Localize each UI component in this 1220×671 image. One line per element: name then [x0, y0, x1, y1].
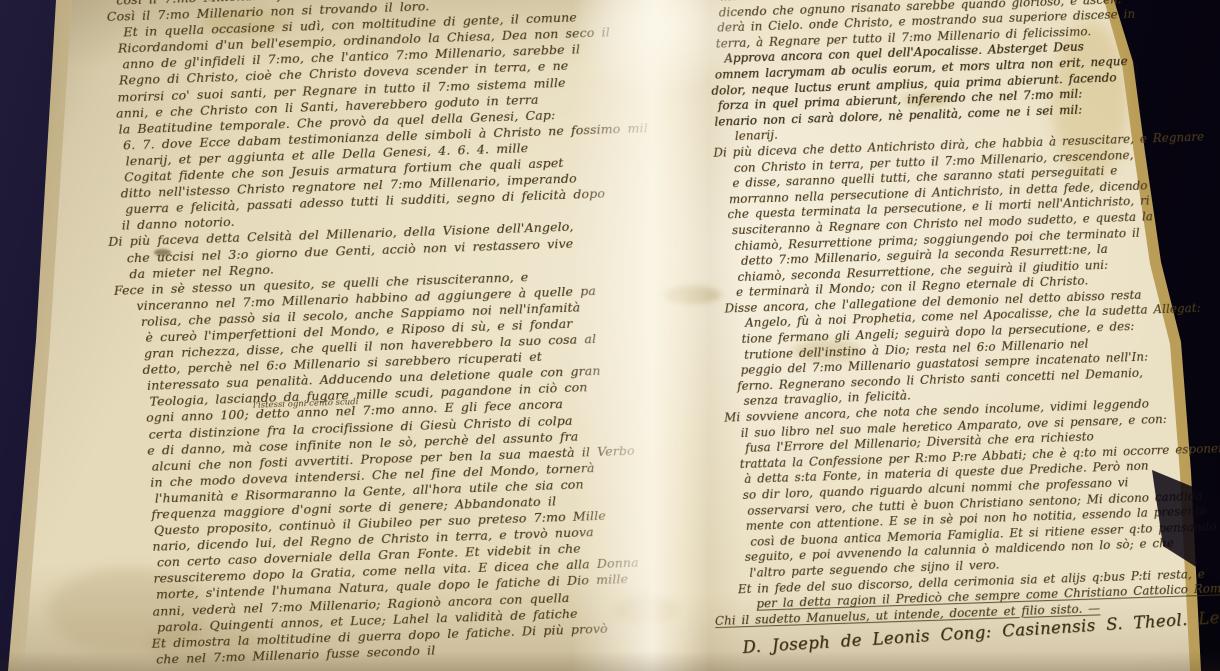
vignette [0, 0, 1220, 671]
manuscript-photo: così il 7:mo Millenario fra essi con ciò… [0, 0, 1220, 671]
